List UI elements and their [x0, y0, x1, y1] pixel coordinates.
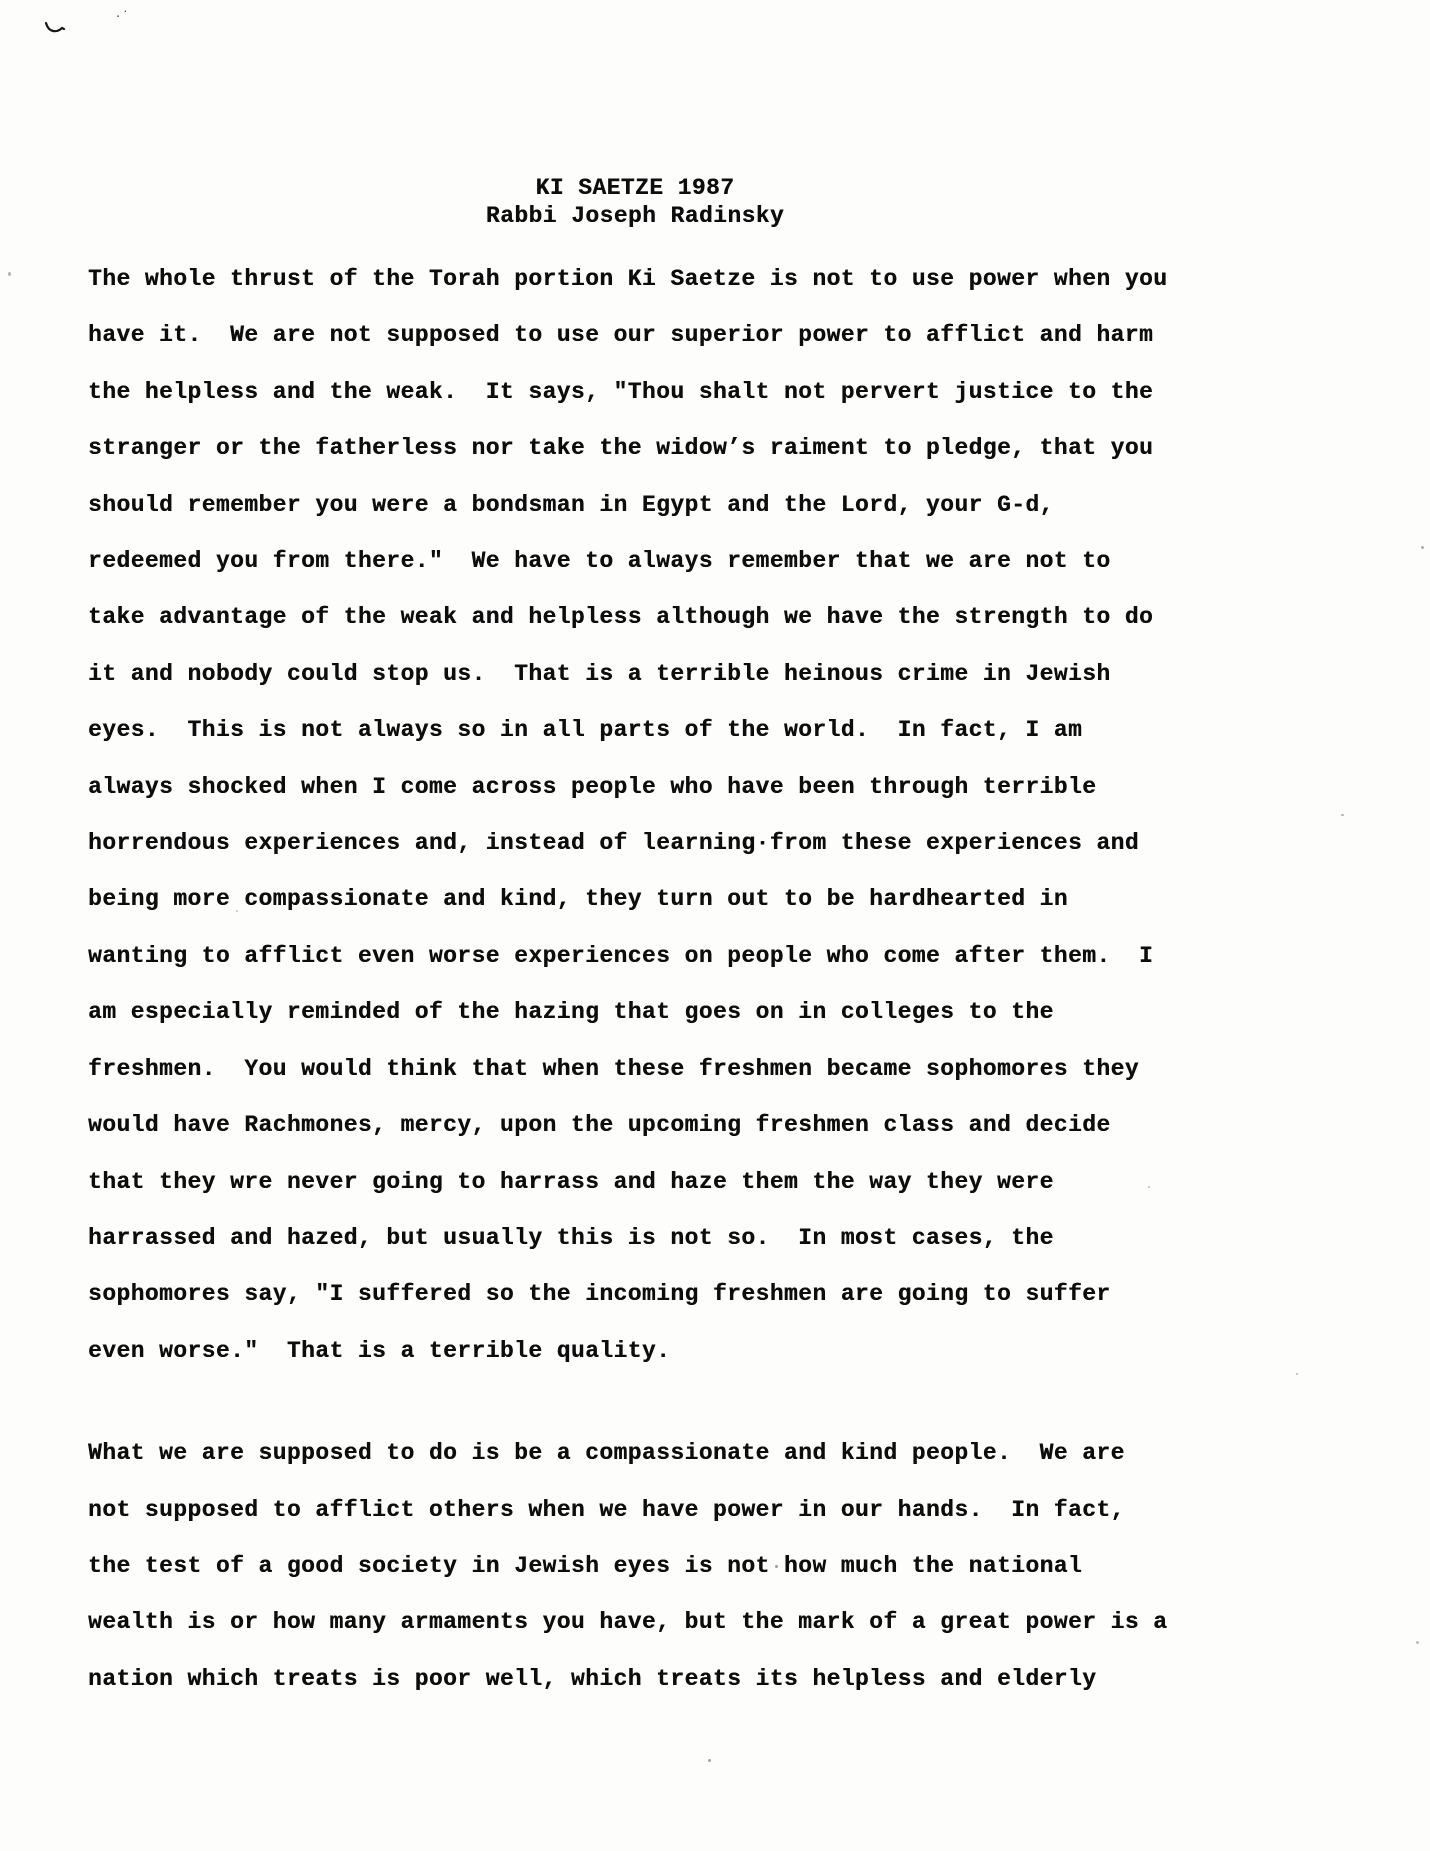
- text-line: freshmen. You would think that when thes…: [88, 1041, 1182, 1097]
- text-line: redeemed you from there." We have to alw…: [88, 533, 1182, 589]
- text-line: eyes. This is not always so in all parts…: [88, 702, 1182, 758]
- doc-body: The whole thrust of the Torah portion Ki…: [88, 251, 1182, 1707]
- pen-dots-mark: ·˙: [116, 10, 131, 25]
- text-line: the test of a good society in Jewish eye…: [88, 1538, 1182, 1594]
- scan-speckle: [236, 910, 238, 912]
- text-line: wanting to afflict even worse experience…: [88, 928, 1182, 984]
- paragraph-1: The whole thrust of the Torah portion Ki…: [88, 251, 1182, 1379]
- text-line: should remember you were a bondsman in E…: [88, 477, 1182, 533]
- scan-speckle: [708, 1759, 711, 1762]
- text-line: What we are supposed to do is be a compa…: [88, 1425, 1182, 1481]
- text-line: the helpless and the weak. It says, "Tho…: [88, 364, 1182, 420]
- text-line: not supposed to afflict others when we h…: [88, 1482, 1182, 1538]
- text-line: take advantage of the weak and helpless …: [88, 589, 1182, 645]
- scan-speckle: [1421, 546, 1424, 549]
- paragraph-2: What we are supposed to do is be a compa…: [88, 1425, 1182, 1707]
- text-line: nation which treats is poor well, which …: [88, 1651, 1182, 1707]
- text-line: stranger or the fatherless nor take the …: [88, 420, 1182, 476]
- text-line: have it. We are not supposed to use our …: [88, 307, 1182, 363]
- scan-speckle: [775, 1565, 778, 1568]
- text-line: even worse." That is a terrible quality.: [88, 1323, 1182, 1379]
- document-page: ·˙ KI SAETZE 1987 Rabbi Joseph Radinsky …: [0, 0, 1430, 1851]
- text-line: sophomores say, "I suffered so the incom…: [88, 1266, 1182, 1322]
- doc-author: Rabbi Joseph Radinsky: [88, 202, 1182, 230]
- scan-speckle: [1416, 1641, 1419, 1644]
- text-line: that they wre never going to harrass and…: [88, 1154, 1182, 1210]
- text-line: being more compassionate and kind, they …: [88, 871, 1182, 927]
- text-line: am especially reminded of the hazing tha…: [88, 984, 1182, 1040]
- text-line: horrendous experiences and, instead of l…: [88, 815, 1182, 871]
- text-line: always shocked when I come across people…: [88, 759, 1182, 815]
- text-column: KI SAETZE 1987 Rabbi Joseph Radinsky The…: [88, 174, 1182, 1707]
- scan-speckle: [1341, 814, 1344, 816]
- scan-speckle: [8, 272, 11, 276]
- text-line: harrassed and hazed, but usually this is…: [88, 1210, 1182, 1266]
- doc-title: KI SAETZE 1987: [88, 174, 1182, 202]
- scan-speckle: [1148, 1186, 1150, 1188]
- text-line: wealth is or how many armaments you have…: [88, 1594, 1182, 1650]
- text-line: it and nobody could stop us. That is a t…: [88, 646, 1182, 702]
- title-block: KI SAETZE 1987 Rabbi Joseph Radinsky: [88, 174, 1182, 230]
- scan-speckle: [1296, 1373, 1298, 1375]
- text-line: The whole thrust of the Torah portion Ki…: [88, 251, 1182, 307]
- text-line: would have Rachmones, mercy, upon the up…: [88, 1097, 1182, 1153]
- pen-mark-icon: [44, 21, 66, 35]
